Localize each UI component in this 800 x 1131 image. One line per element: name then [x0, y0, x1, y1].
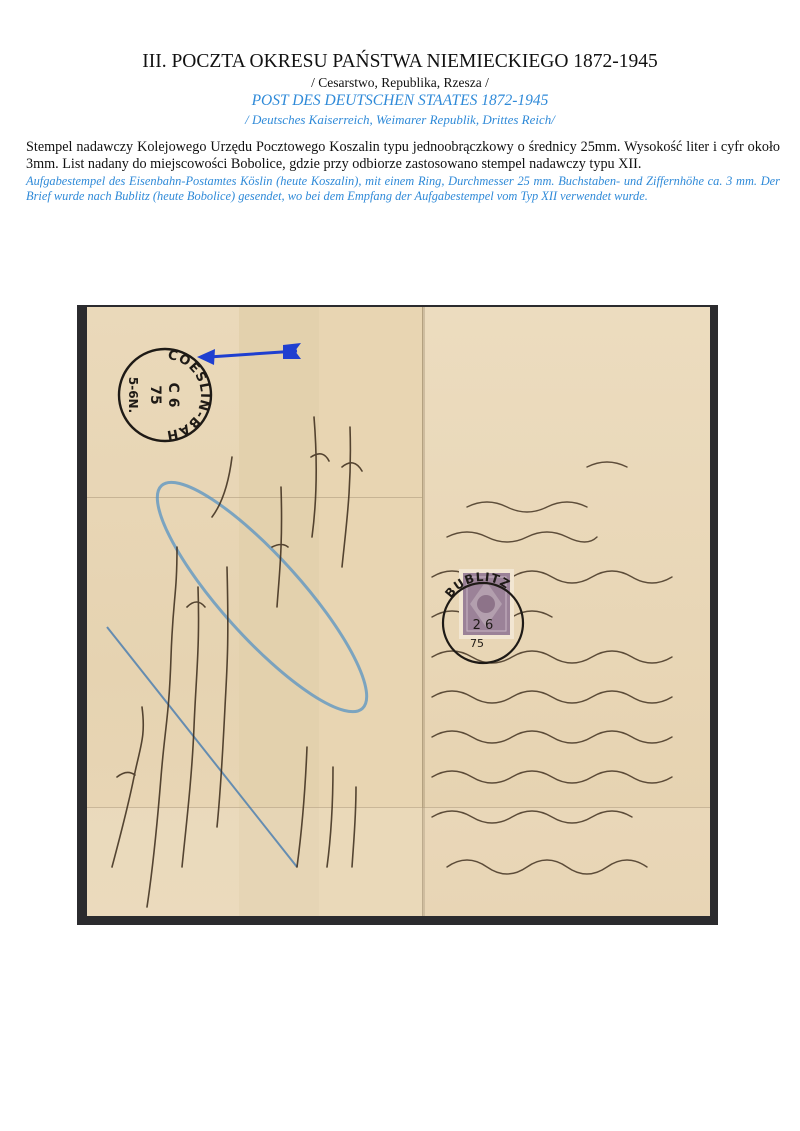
- svg-text:75: 75: [147, 385, 163, 404]
- page-subtitle-german: / Deutsches Kaiserreich, Weimarer Republ…: [0, 111, 800, 128]
- svg-text:2 6: 2 6: [473, 618, 494, 633]
- blue-pointer-arrow-icon: [197, 343, 301, 365]
- blue-crayon-line: [107, 627, 297, 867]
- exhibit-description: Stempel nadawczy Kolejowego Urzędu Poczt…: [26, 139, 780, 204]
- description-polish: Stempel nadawczy Kolejowego Urzędu Poczt…: [26, 139, 780, 173]
- svg-text:75: 75: [470, 637, 484, 650]
- description-german: Aufgabestempel des Eisenbahn-Postamtes K…: [26, 174, 780, 204]
- origin-postmark-coeslin-bahnhof: COESLIN-BAHNHOF C 6 75 5-6N.: [119, 329, 236, 442]
- folded-letter-cover: COESLIN-BAHNHOF C 6 75 5-6N.: [87, 307, 710, 916]
- page-subtitle: / Cesarstwo, Republika, Rzesza /: [0, 74, 800, 91]
- letter-markings: COESLIN-BAHNHOF C 6 75 5-6N.: [87, 307, 710, 916]
- page-title-german: POST DES DEUTSCHEN STAATES 1872-1945: [0, 91, 800, 111]
- svg-text:C 6: C 6: [165, 383, 181, 408]
- page-title: III. POCZTA OKRESU PAŃSTWA NIEMIECKIEGO …: [0, 50, 800, 74]
- svg-text:5-6N.: 5-6N.: [126, 377, 140, 413]
- page-header: III. POCZTA OKRESU PAŃSTWA NIEMIECKIEGO …: [0, 50, 800, 128]
- handwritten-letter-text: [432, 462, 672, 874]
- handwritten-address: [112, 417, 362, 907]
- blue-crayon-oval: [132, 459, 392, 735]
